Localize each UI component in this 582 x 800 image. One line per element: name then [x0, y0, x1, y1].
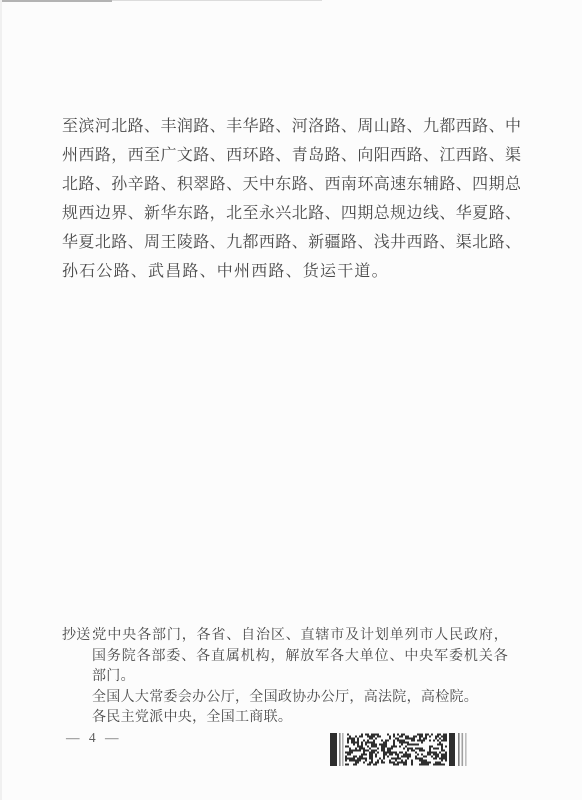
- body-paragraph: 至滨河北路、丰润路、丰华路、河洛路、周山路、九都西路、中 州西路，西至广文路、西…: [62, 112, 521, 286]
- body-line: 规西边界、新华东路，北至永兴北路、四期总规边线、华夏路、: [62, 199, 521, 228]
- document-barcode: [330, 733, 468, 766]
- cc-label: 抄送：: [62, 626, 92, 647]
- scan-artifact-line: [0, 0, 112, 2]
- scan-edge-shadow: [0, 0, 2, 800]
- scan-artifact-line-light: [112, 0, 322, 1]
- body-line: 孙石公路、武昌路、中州西路、货运干道。: [62, 257, 521, 286]
- document-page: 至滨河北路、丰润路、丰华路、河洛路、周山路、九都西路、中 州西路，西至广文路、西…: [0, 0, 582, 800]
- body-line: 州西路，西至广文路、西环路、青岛路、向阳西路、江西路、渠: [62, 141, 521, 170]
- barcode-graphic: [330, 733, 468, 766]
- cc-line: 各民主党派中央，全国工商联。: [62, 708, 508, 729]
- body-line: 至滨河北路、丰润路、丰华路、河洛路、周山路、九都西路、中: [62, 112, 521, 141]
- body-line: 北路、孙辛路、积翠路、天中东路、西南环高速东辅路、四期总: [62, 170, 521, 199]
- body-line: 华夏北路、周王陵路、九都西路、新疆路、浅井西路、渠北路、: [62, 228, 521, 257]
- cc-line: 部门。: [62, 667, 508, 688]
- cc-line: 国务院各部委、各直属机构，解放军各大单位、中央军委机关各: [62, 647, 508, 668]
- cc-line-text: 党中央各部门，各省、自治区、直辖市及计划单列市人民政府，: [92, 628, 508, 643]
- cc-line: 全国人大常委会办公厅，全国政协办公厅，高法院，高检院。: [62, 688, 508, 709]
- page-number: — 4 —: [66, 730, 122, 746]
- cc-line: 抄送：党中央各部门，各省、自治区、直辖市及计划单列市人民政府，: [62, 626, 508, 647]
- cc-distribution-block: 抄送：党中央各部门，各省、自治区、直辖市及计划单列市人民政府， 国务院各部委、各…: [62, 626, 508, 729]
